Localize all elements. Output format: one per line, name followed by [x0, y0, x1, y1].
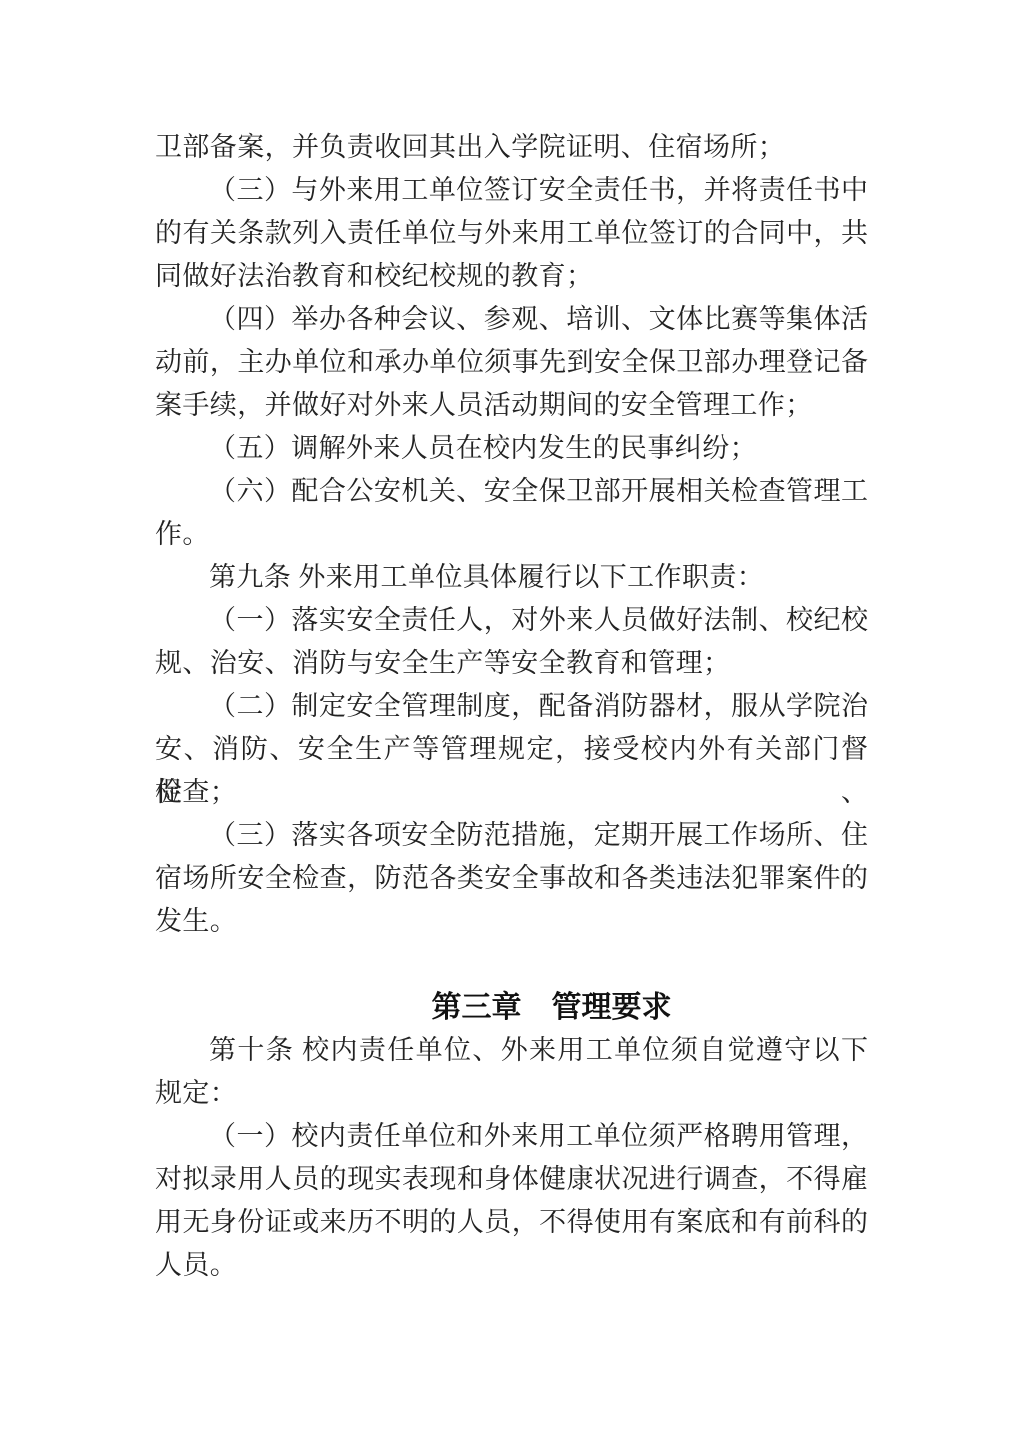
text-line: 第十条 校内责任单位、外来用工单位须自觉遵守以下	[155, 1029, 868, 1072]
text-line: 的有关条款列入责任单位与外来用工单位签订的合同中，共	[155, 212, 868, 255]
text-line: 第九条 外来用工单位具体履行以下工作职责：	[155, 556, 868, 599]
text-line: 规定：	[155, 1072, 868, 1115]
text-line: （一）落实安全责任人，对外来人员做好法制、校纪校	[155, 599, 868, 642]
text-line: （五）调解外来人员在校内发生的民事纠纷；	[155, 427, 868, 470]
text-line: （一）校内责任单位和外来用工单位须严格聘用管理，	[155, 1115, 868, 1158]
text-line: 动前，主办单位和承办单位须事先到安全保卫部办理登记备	[155, 341, 868, 384]
text-line: （三）与外来用工单位签订安全责任书，并将责任书中	[155, 169, 868, 212]
document-text: 卫部备案，并负责收回其出入学院证明、住宿场所；（三）与外来用工单位签订安全责任书…	[155, 126, 868, 1287]
text-line: （四）举办各种会议、参观、培训、文体比赛等集体活	[155, 298, 868, 341]
text-line: 用无身份证或来历不明的人员，不得使用有案底和有前科的	[155, 1201, 868, 1244]
text-line: 安、消防、安全生产等管理规定，接受校内外有关部门督促、	[155, 728, 868, 771]
text-line: 规、治安、消防与安全生产等安全教育和管理；	[155, 642, 868, 685]
text-line: 宿场所安全检查，防范各类安全事故和各类违法犯罪案件的	[155, 857, 868, 900]
text-line: （六）配合公安机关、安全保卫部开展相关检查管理工	[155, 470, 868, 513]
text-line: 同做好法治教育和校纪校规的教育；	[155, 255, 868, 298]
document-page: 卫部备案，并负责收回其出入学院证明、住宿场所；（三）与外来用工单位签订安全责任书…	[0, 0, 1024, 1448]
text-line: 卫部备案，并负责收回其出入学院证明、住宿场所；	[155, 126, 868, 169]
text-line: 人员。	[155, 1244, 868, 1287]
text-line: 对拟录用人员的现实表现和身体健康状况进行调查，不得雇	[155, 1158, 868, 1201]
text-line: 案手续，并做好对外来人员活动期间的安全管理工作；	[155, 384, 868, 427]
text-line: （二）制定安全管理制度，配备消防器材，服从学院治	[155, 685, 868, 728]
section-heading: 第三章 管理要求	[155, 986, 868, 1029]
text-line: 作。	[155, 513, 868, 556]
paragraph-spacer	[155, 943, 868, 986]
text-line: （三）落实各项安全防范措施，定期开展工作场所、住	[155, 814, 868, 857]
text-line: 发生。	[155, 900, 868, 943]
